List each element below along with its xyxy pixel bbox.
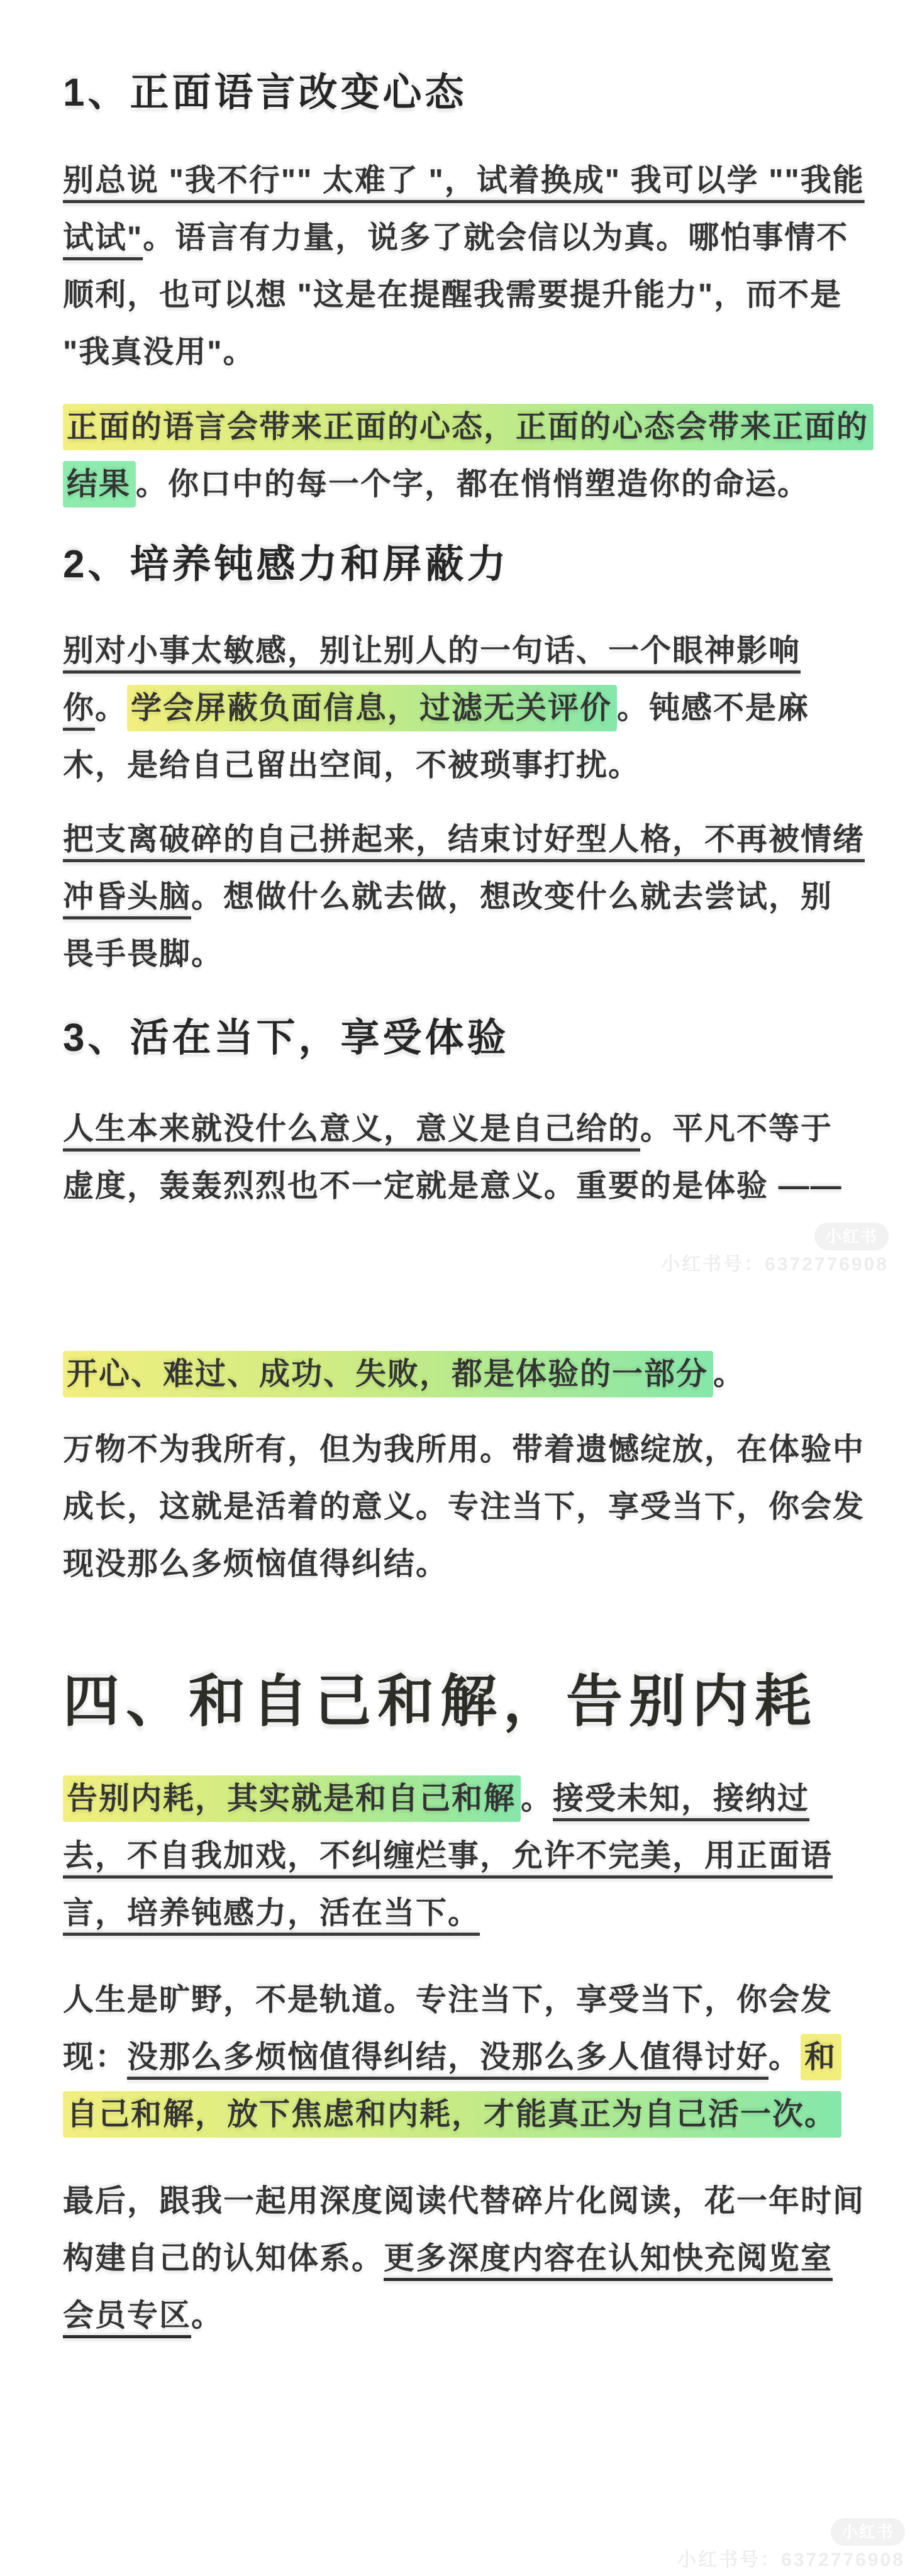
paragraph: 开心、难过、成功、失败，都是体验的一部分。 [63, 1346, 899, 1403]
text-segment-u: 冲昏头脑 [63, 880, 191, 914]
text-segment-u: 去，不自我加戏，不纠缠烂事，允许不完美，用正面语 [63, 1839, 833, 1873]
section-heading: 四、和自己和解，告别内耗 [63, 1664, 899, 1740]
paragraph: 别对小事太敏感，别让别人的一句话、一个眼神影响你。学会屏蔽负面信息，过滤无关评价… [63, 623, 899, 794]
note-image-page: 1、正面语言改变心态别总说 "我不行"" 太难了 "，试着换成" 我可以学 ""… [0, 0, 910, 2576]
text-segment: 。平凡不等于 [640, 1112, 833, 1146]
text-segment: 。你口中的每一个字，都在悄悄塑造你的命运。 [136, 467, 809, 501]
text-segment-u: 试试" [63, 221, 143, 255]
text-segment-hl: 学会屏蔽负面信息，过滤无关评价 [127, 685, 617, 731]
xiaohongshu-watermark-middle: 小红书 小红书号：6372776908 [661, 1223, 889, 1275]
text-line: 最后，跟我一起用深度阅读代替碎片化阅读，花一年时间 [63, 2173, 899, 2230]
article: 1、正面语言改变心态别总说 "我不行"" 太难了 "，试着换成" 我可以学 ""… [63, 0, 899, 2345]
text-segment: 。 [769, 2040, 801, 2074]
text-segment: 最后，跟我一起用深度阅读代替碎片化阅读，花一年时间 [63, 2184, 865, 2218]
paragraph: 万物不为我所有，但为我所用。带着遗憾绽放，在体验中成长，这就是活着的意义。专注当… [63, 1421, 899, 1593]
text-line: 人生是旷野，不是轨道。专注当下，享受当下，你会发 [63, 1972, 899, 2029]
text-segment: 人生是旷野，不是轨道。专注当下，享受当下，你会发 [63, 1983, 833, 2017]
paragraph: 人生本来就没什么意义，意义是自己给的。平凡不等于虚度，轰轰烈烈也不一定就是意义。… [63, 1101, 899, 1215]
text-segment: 。钝感不是麻 [617, 691, 809, 725]
text-segment: 。 [191, 2299, 223, 2333]
section-heading: 1、正面语言改变心态 [63, 68, 899, 118]
section-heading: 3、活在当下，享受体验 [63, 1013, 899, 1063]
text-line: 你。学会屏蔽负面信息，过滤无关评价。钝感不是麻 [63, 680, 899, 737]
paragraph: 把支离破碎的自己拼起来，结束讨好型人格，不再被情绪冲昏头脑。想做什么就去做，想改… [63, 811, 899, 983]
text-line: 告别内耗，其实就是和自己和解。接受未知，接纳过 [63, 1770, 899, 1828]
text-line: 把支离破碎的自己拼起来，结束讨好型人格，不再被情绪 [63, 811, 899, 869]
text-line: 成长，这就是活着的意义。专注当下，享受当下，你会发 [63, 1479, 899, 1536]
xiaohongshu-watermark-bottom: 小红书 小红书号：6372776908 [677, 2518, 905, 2570]
text-line: 虚度，轰轰烈烈也不一定就是意义。重要的是体验 —— [63, 1158, 899, 1215]
text-segment: "我真没用"。 [63, 335, 255, 369]
text-segment-hy: 和 [801, 2034, 841, 2080]
text-segment: 。 [95, 691, 127, 725]
text-line: 正面的语言会带来正面的心态，正面的心态会带来正面的 [63, 399, 899, 456]
text-line: 别对小事太敏感，别让别人的一句话、一个眼神影响 [63, 623, 899, 680]
text-segment-u: 接受未知，接纳过 [553, 1782, 809, 1816]
text-segment-u: 把支离破碎的自己拼起来，结束讨好型人格，不再被情绪 [63, 823, 865, 857]
text-line: 顺利，也可以想 "这是在提醒我需要提升能力"，而不是 [63, 267, 899, 324]
text-line: 开心、难过、成功、失败，都是体验的一部分。 [63, 1346, 899, 1403]
text-segment: 畏手畏脚。 [63, 937, 223, 971]
text-segment: 。想做什么就去做，想改变什么就去尝试，别 [191, 880, 833, 914]
text-segment: 。语言有力量，说多了就会信以为真。哪怕事情不 [143, 221, 848, 255]
paragraph: 告别内耗，其实就是和自己和解。接受未知，接纳过去，不自我加戏，不纠缠烂事，允许不… [63, 1770, 899, 1942]
xiaohongshu-badge: 小红书 [831, 2518, 905, 2546]
xiaohongshu-badge: 小红书 [814, 1223, 889, 1250]
text-line: 万物不为我所有，但为我所用。带着遗憾绽放，在体验中 [63, 1421, 899, 1479]
text-segment: 万物不为我所有，但为我所用。带着遗憾绽放，在体验中 [63, 1433, 865, 1467]
text-segment: 。 [521, 1782, 553, 1816]
xiaohongshu-id-text: 小红书号：6372776908 [677, 2550, 905, 2570]
text-segment-u: 没那么多烦恼值得纠结，没那么多人值得讨好 [127, 2040, 769, 2074]
text-segment: 现： [63, 2040, 127, 2074]
text-segment: 构建自己的认知体系。 [63, 2241, 384, 2275]
text-segment: 虚度，轰轰烈烈也不一定就是意义。重要的是体验 —— [63, 1169, 843, 1203]
text-segment: 顺利，也可以想 "这是在提醒我需要提升能力"，而不是 [63, 278, 842, 312]
text-segment: 。 [713, 1357, 745, 1391]
text-line: 去，不自我加戏，不纠缠烂事，允许不完美，用正面语 [63, 1828, 899, 1885]
text-segment-bu: 会员专区 [63, 2299, 191, 2333]
text-segment-u: 你 [63, 691, 95, 725]
paragraph: 别总说 "我不行"" 太难了 "，试着换成" 我可以学 ""我能试试"。语言有力… [63, 152, 899, 381]
text-line: 自己和解，放下焦虑和内耗，才能真正为自己活一次。 [63, 2086, 899, 2143]
xiaohongshu-id-text: 小红书号：6372776908 [661, 1255, 889, 1275]
text-segment-hl: 开心、难过、成功、失败，都是体验的一部分 [63, 1351, 713, 1397]
text-segment-u: 别总说 "我不行"" 太难了 "，试着换成" 我可以学 ""我能 [63, 164, 865, 197]
text-line: 会员专区。 [63, 2287, 899, 2345]
text-line: "我真没用"。 [63, 324, 899, 381]
text-line: 别总说 "我不行"" 太难了 "，试着换成" 我可以学 ""我能 [63, 152, 899, 209]
text-line: 构建自己的认知体系。更多深度内容在认知快充阅览室 [63, 2230, 899, 2287]
text-segment-hg: 结果 [63, 461, 136, 508]
text-line: 木，是给自己留出空间，不被琐事打扰。 [63, 737, 899, 794]
text-segment-hl: 正面的语言会带来正面的心态，正面的心态会带来正面的 [63, 404, 874, 450]
paragraph: 最后，跟我一起用深度阅读代替碎片化阅读，花一年时间构建自己的认知体系。更多深度内… [63, 2173, 899, 2345]
text-line: 现没那么多烦恼值得纠结。 [63, 1536, 899, 1593]
text-segment-bu: 更多深度内容在认知快充阅览室 [384, 2241, 833, 2275]
text-segment-u: 别对小事太敏感，别让别人的一句话、一个眼神影响 [63, 634, 801, 668]
text-segment: 现没那么多烦恼值得纠结。 [63, 1547, 448, 1581]
text-line: 冲昏头脑。想做什么就去做，想改变什么就去尝试，别 [63, 869, 899, 926]
text-line: 结果。你口中的每一个字，都在悄悄塑造你的命运。 [63, 456, 899, 513]
section-heading: 2、培养钝感力和屏蔽力 [63, 540, 899, 590]
text-segment: 成长，这就是活着的意义。专注当下，享受当下，你会发 [63, 1490, 865, 1524]
text-segment-hl: 告别内耗，其实就是和自己和解 [63, 1775, 521, 1822]
text-line: 现：没那么多烦恼值得纠结，没那么多人值得讨好。和 [63, 2029, 899, 2086]
text-line: 人生本来就没什么意义，意义是自己给的。平凡不等于 [63, 1101, 899, 1158]
paragraph: 人生是旷野，不是轨道。专注当下，享受当下，你会发现：没那么多烦恼值得纠结，没那么… [63, 1972, 899, 2143]
text-line: 试试"。语言有力量，说多了就会信以为真。哪怕事情不 [63, 209, 899, 267]
paragraph: 正面的语言会带来正面的心态，正面的心态会带来正面的结果。你口中的每一个字，都在悄… [63, 399, 899, 513]
text-line: 畏手畏脚。 [63, 926, 899, 983]
text-segment-u: 人生本来就没什么意义，意义是自己给的 [63, 1112, 640, 1146]
text-segment-hl: 自己和解，放下焦虑和内耗，才能真正为自己活一次。 [63, 2091, 841, 2138]
text-segment: 木，是给自己留出空间，不被琐事打扰。 [63, 748, 640, 782]
text-line: 言，培养钝感力，活在当下。 [63, 1885, 899, 1942]
text-segment-u: 言，培养钝感力，活在当下。 [63, 1896, 480, 1930]
